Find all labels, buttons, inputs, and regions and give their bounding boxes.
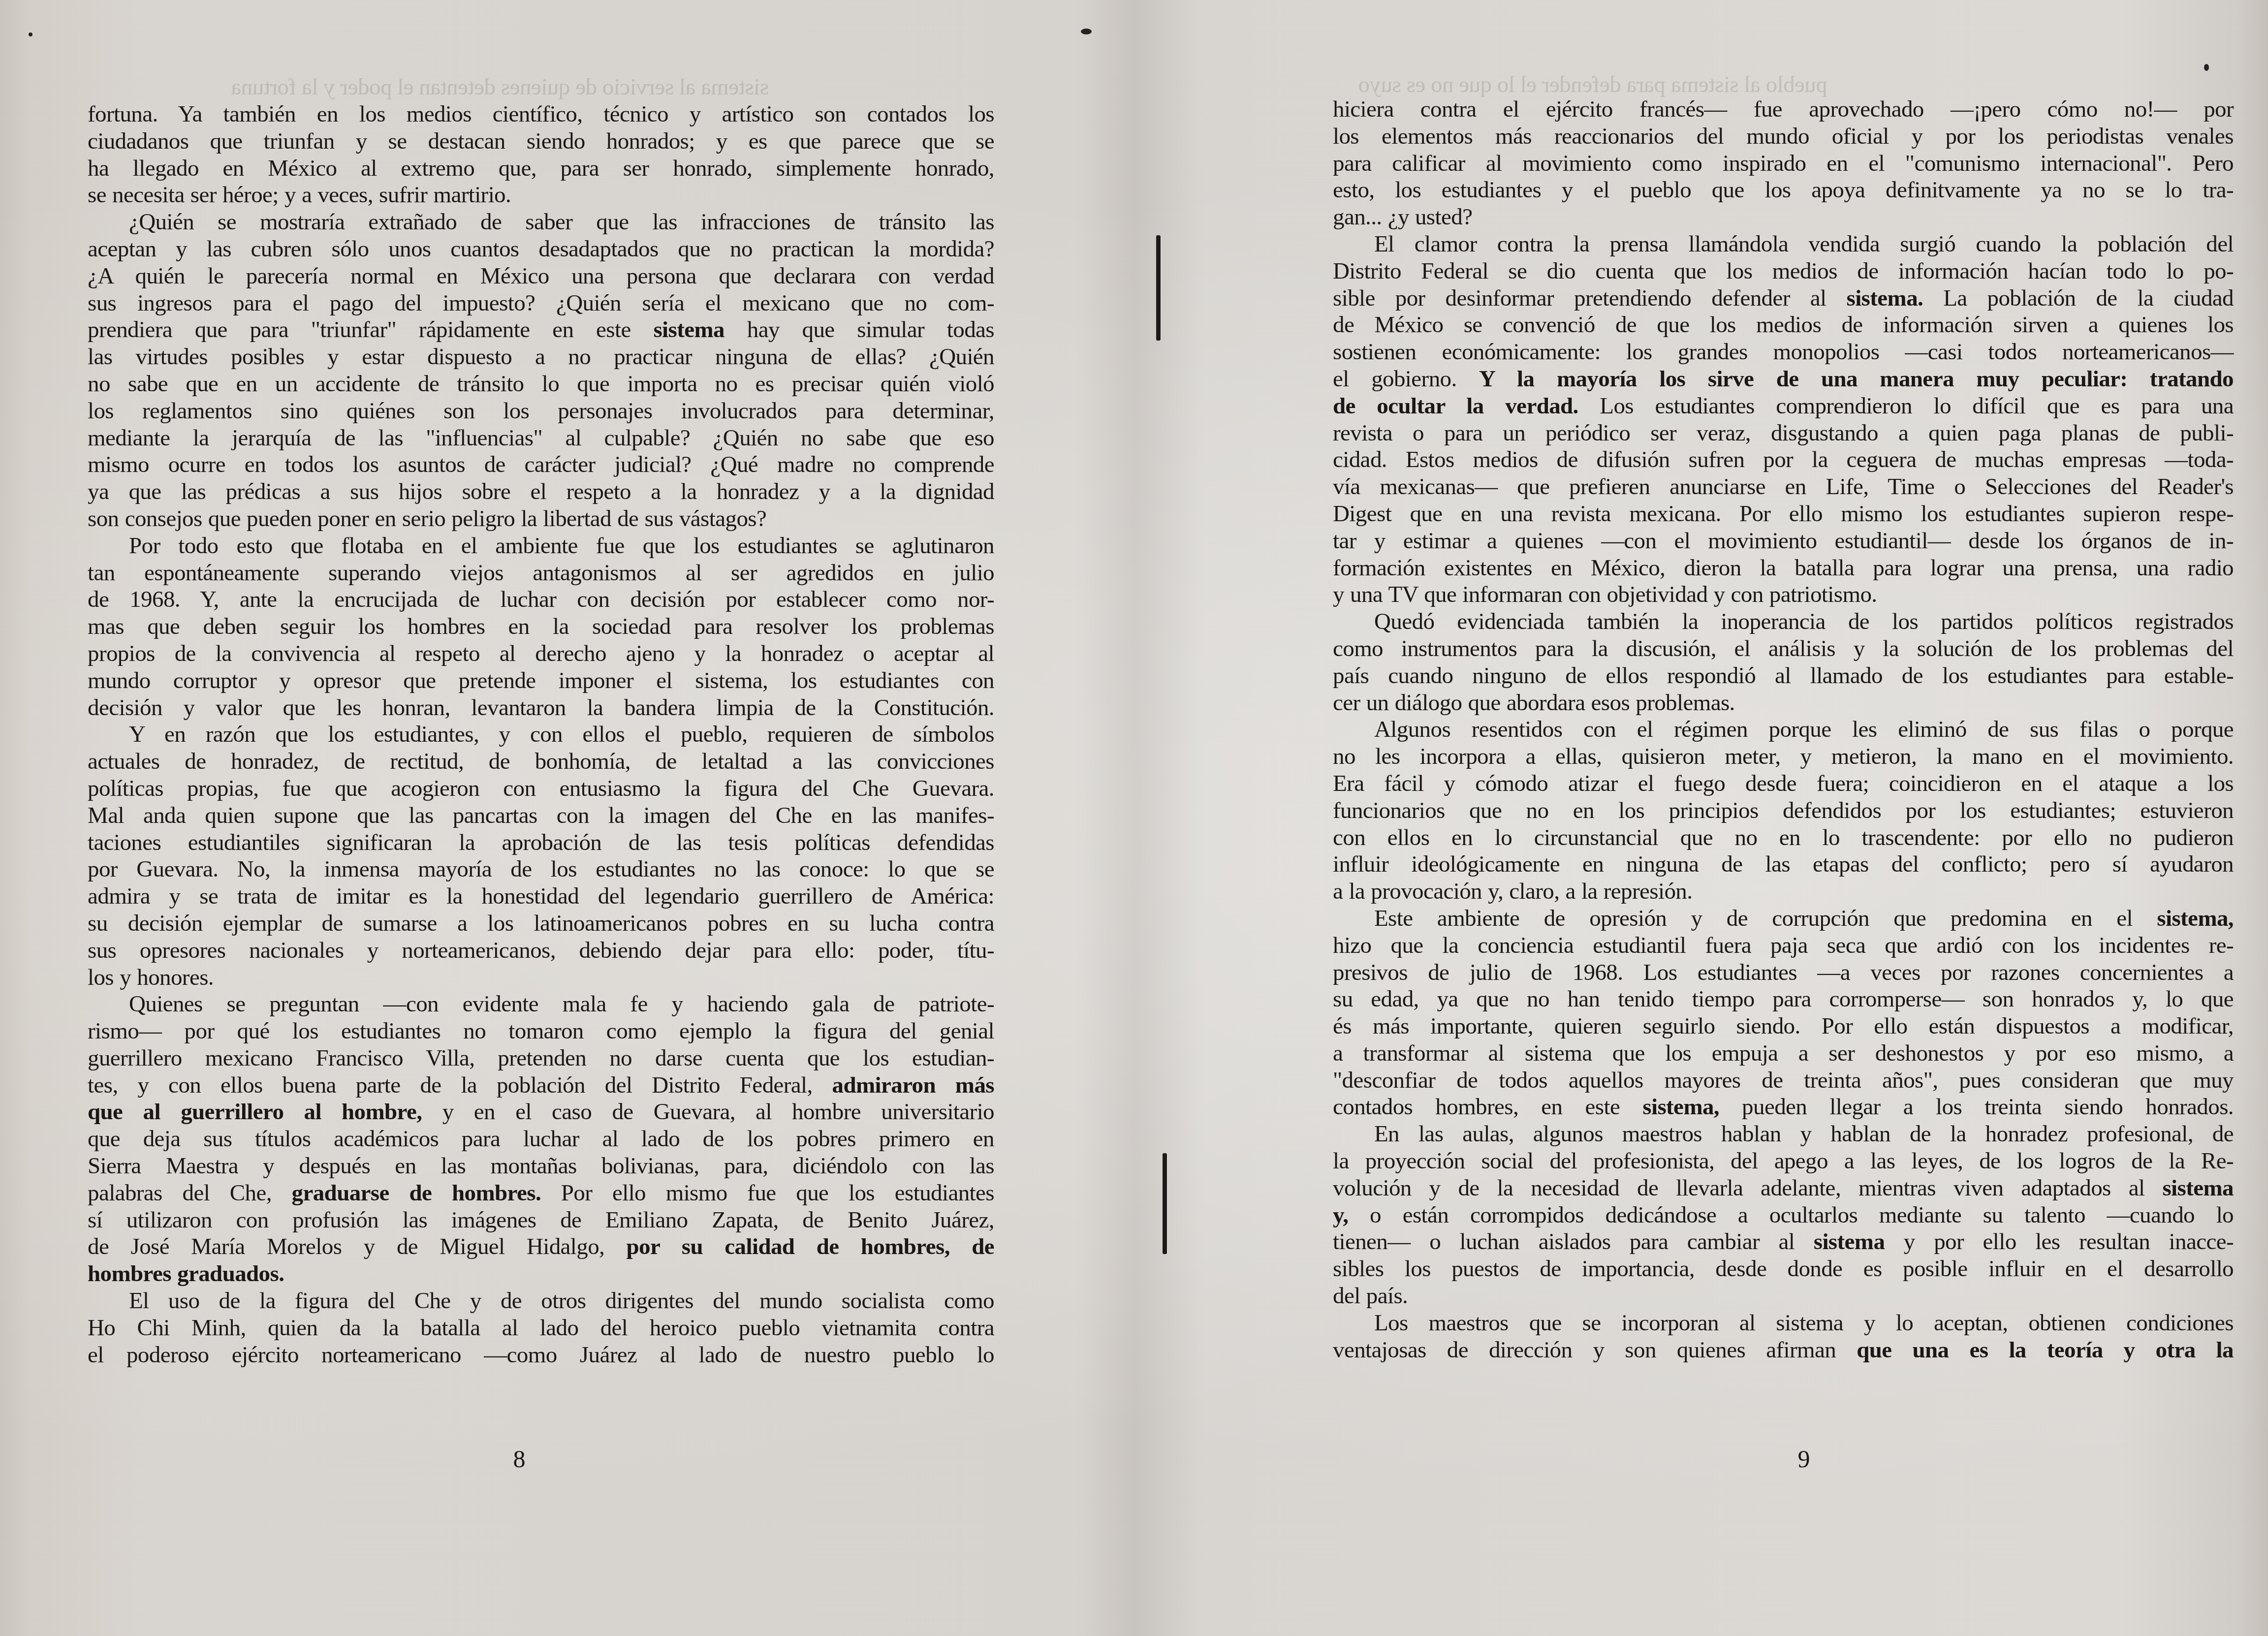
- bold-text: de ocultar la verdad.: [1333, 393, 1578, 419]
- text-line: hombres graduados.: [88, 1260, 994, 1288]
- staple-top: [1156, 235, 1161, 341]
- text-line: contados hombres, en este sistema, puede…: [1333, 1094, 2234, 1121]
- book-spread: sistema al servicio de quienes detentan …: [0, 0, 2268, 1636]
- body-text: Quienes se preguntan —con evidente mala …: [129, 991, 994, 1017]
- body-text: admira y se trata de imitar es la honest…: [88, 883, 994, 909]
- body-text: mismo ocurre en todos los asuntos de car…: [88, 452, 994, 477]
- text-line: ¿Quién se mostraría extrañado de saber q…: [88, 209, 994, 236]
- text-line: se necesita ser héroe; y a veces, sufrir…: [88, 182, 994, 209]
- body-text: o están corrompidos dedicándose a oculta…: [1348, 1202, 2234, 1228]
- body-text: sus ingresos para el pago del impuesto? …: [88, 290, 994, 316]
- bold-text: sistema,: [2157, 906, 2234, 931]
- body-text: tes, y con ellos buena parte de la pobla…: [88, 1072, 832, 1098]
- body-text: palabras del Che,: [88, 1180, 292, 1206]
- text-line: cidad. Estos medios de difusión sufren p…: [1333, 446, 2234, 473]
- bold-text: por su calidad de hombres, de: [627, 1234, 994, 1259]
- body-text: El uso de la figura del Che y de otros d…: [129, 1288, 994, 1314]
- body-text: el poderoso ejército norteamericano —com…: [88, 1342, 994, 1368]
- body-text: por Guevara. No, la inmensa mayoría de l…: [88, 856, 994, 882]
- text-line: país cuando ninguno de ellos respondió a…: [1333, 662, 2234, 690]
- text-line: aceptan y las cubren sólo unos cuantos d…: [88, 236, 994, 263]
- text-line: hiciera contra el ejército francés— fue …: [1333, 96, 2234, 123]
- body-text: funcionarios que no en los principios de…: [1333, 798, 2234, 823]
- right-page: hiciera contra el ejército francés— fue …: [1162, 0, 2268, 1636]
- body-text: no les incorpora a ellas, quisieron mete…: [1333, 744, 2234, 769]
- text-line: prendiera que para "triunfar" rápidament…: [88, 316, 994, 344]
- text-line: que deja sus títulos académicos para luc…: [88, 1126, 994, 1153]
- ink-speck: [29, 32, 32, 36]
- body-text: esto, los estudiantes y el pueblo que lo…: [1333, 177, 2234, 203]
- body-text: presivos de julio de 1968. Los estudiant…: [1333, 960, 2234, 985]
- text-line: Era fácil y cómodo atizar el fuego desde…: [1333, 770, 2234, 797]
- body-text: de México se convenció de que los medios…: [1333, 312, 2234, 338]
- body-text: Quedó evidenciada también la inoperancia…: [1374, 609, 2234, 634]
- body-text: Distrito Federal se dio cuenta que los m…: [1333, 258, 2234, 284]
- body-text: Sierra Maestra y después en las montañas…: [88, 1153, 994, 1179]
- text-line: ha llegado en México al extremo que, par…: [88, 155, 994, 182]
- body-text: taciones estudiantiles significaran la a…: [88, 830, 994, 855]
- body-text: a transformar al sistema que los empuja …: [1333, 1040, 2234, 1066]
- ink-speck: [1081, 29, 1092, 34]
- bold-text: hombres graduados.: [88, 1261, 284, 1287]
- text-line: actuales de honradez, de rectitud, de bo…: [88, 748, 994, 775]
- text-line: los y honores.: [88, 964, 994, 991]
- text-line: Por todo esto que flotaba en el ambiente…: [88, 533, 994, 560]
- text-line: del país.: [1333, 1283, 2234, 1310]
- text-line: Quedó evidenciada también la inoperancia…: [1333, 608, 2234, 635]
- body-text: cer un diálogo que abordara esos problem…: [1333, 690, 1735, 716]
- body-text: sibles los puestos de importancia, desde…: [1333, 1256, 2234, 1282]
- body-text: actuales de honradez, de rectitud, de bo…: [88, 749, 994, 774]
- text-line: con ellos en lo circunstancial que no en…: [1333, 824, 2234, 851]
- body-text: Digest que en una revista mexicana. Por …: [1333, 501, 2234, 527]
- text-line: no les incorpora a ellas, quisieron mete…: [1333, 743, 2234, 770]
- text-line: sibles los puestos de importancia, desde…: [1333, 1256, 2234, 1283]
- body-text: sible por desinformar pretendiendo defen…: [1333, 285, 1846, 311]
- bold-text: y,: [1333, 1202, 1348, 1228]
- right-page-text: hiciera contra el ejército francés— fue …: [1333, 96, 2234, 1363]
- body-text: és más importante, quieren seguirlo sien…: [1333, 1013, 2234, 1039]
- text-line: que al guerrillero al hombre, y en el ca…: [88, 1099, 994, 1126]
- body-text: ciudadanos que triunfan y se destacan si…: [88, 128, 994, 154]
- text-line: palabras del Che, graduarse de hombres. …: [88, 1180, 994, 1207]
- body-text: fortuna. Ya también en los medios cientí…: [88, 101, 994, 127]
- text-line: mismo ocurre en todos los asuntos de car…: [88, 451, 994, 478]
- text-line: sí utilizaron con profusión las imágenes…: [88, 1207, 994, 1234]
- body-text: influir ideológicamente en ninguna de la…: [1333, 851, 2234, 877]
- text-line: Algunos resentidos con el régimen porque…: [1333, 716, 2234, 743]
- text-line: políticas propias, fue que acogieron con…: [88, 775, 994, 802]
- text-line: de México se convenció de que los medios…: [1333, 312, 2234, 339]
- body-text: su edad, ya que no han tenido tiempo par…: [1333, 986, 2234, 1012]
- body-text: hizo que la conciencia estudiantil fuera…: [1333, 933, 2234, 958]
- text-line: mediante la jerarquía de las "influencia…: [88, 425, 994, 452]
- text-line: ciudadanos que triunfan y se destacan si…: [88, 128, 994, 155]
- body-text: prendiera que para "triunfar" rápidament…: [88, 317, 653, 343]
- bold-text: sistema.: [1846, 285, 1923, 311]
- body-text: Ho Chi Minh, quien da la batalla al lado…: [88, 1315, 994, 1341]
- body-text: Mal anda quien supone que las pancartas …: [88, 803, 994, 828]
- body-text: gan... ¿y usted?: [1333, 204, 1472, 230]
- text-line: guerrillero mexicano Francisco Villa, pr…: [88, 1045, 994, 1072]
- body-text: La población de la ciudad: [1923, 285, 2234, 311]
- text-line: funcionarios que no en los principios de…: [1333, 797, 2234, 824]
- body-text: El clamor contra la prensa llamándola ve…: [1374, 231, 2234, 257]
- body-text: ventajosas de dirección y son quienes af…: [1333, 1337, 1857, 1363]
- body-text: del país.: [1333, 1283, 1408, 1309]
- text-line: su edad, ya que no han tenido tiempo par…: [1333, 986, 2234, 1013]
- bold-text: sistema: [2162, 1175, 2234, 1201]
- text-line: tes, y con ellos buena parte de la pobla…: [88, 1072, 994, 1099]
- text-line: Digest que en una revista mexicana. Por …: [1333, 501, 2234, 528]
- left-page: fortuna. Ya también en los medios cientí…: [0, 0, 1107, 1636]
- body-text: cidad. Estos medios de difusión sufren p…: [1333, 447, 2234, 472]
- text-line: Este ambiente de opresión y de corrupció…: [1333, 905, 2234, 932]
- text-line: ¿A quién le parecería normal en México u…: [88, 263, 994, 290]
- staple-bottom: [1163, 1153, 1167, 1254]
- text-line: Los maestros que se incorporan al sistem…: [1333, 1310, 2234, 1337]
- text-line: Ho Chi Minh, quien da la batalla al lado…: [88, 1315, 994, 1342]
- body-text: "desconfiar de todos aquellos mayores de…: [1333, 1068, 2234, 1093]
- body-text: Los maestros que se incorporan al sistem…: [1374, 1310, 2234, 1336]
- text-line: Distrito Federal se dio cuenta que los m…: [1333, 258, 2234, 285]
- bold-text: sistema: [1814, 1229, 1885, 1255]
- body-text: Por todo esto que flotaba en el ambiente…: [129, 533, 994, 559]
- body-text: guerrillero mexicano Francisco Villa, pr…: [88, 1045, 994, 1071]
- body-text: tienen— o luchan aislados para cambiar a…: [1333, 1229, 1814, 1255]
- body-text: vía mexicanas— que prefieren anunciarse …: [1333, 474, 2234, 500]
- text-line: por Guevara. No, la inmensa mayoría de l…: [88, 856, 994, 883]
- body-text: son consejos que pueden poner en serio p…: [88, 506, 766, 532]
- text-line: Mal anda quien supone que las pancartas …: [88, 802, 994, 829]
- text-line: hizo que la conciencia estudiantil fuera…: [1333, 932, 2234, 959]
- page-number: 9: [1779, 1445, 1828, 1473]
- body-text: hay que simular todas: [724, 317, 994, 343]
- body-text: las virtudes posibles y estar dispuesto …: [88, 344, 994, 370]
- body-text: país cuando ninguno de ellos respondió a…: [1333, 663, 2234, 689]
- text-line: tan espontáneamente superando viejos ant…: [88, 560, 994, 587]
- body-text: propios de la convivencia al respeto al …: [88, 641, 994, 666]
- body-text: políticas propias, fue que acogieron con…: [88, 776, 994, 801]
- body-text: los y honores.: [88, 965, 214, 990]
- text-line: de José María Morelos y de Miguel Hidalg…: [88, 1233, 994, 1260]
- text-line: vía mexicanas— que prefieren anunciarse …: [1333, 473, 2234, 501]
- text-line: tienen— o luchan aislados para cambiar a…: [1333, 1228, 2234, 1256]
- body-text: rismo— por qué los estudiantes no tomaro…: [88, 1018, 994, 1044]
- text-line: la proyección social del profesionista, …: [1333, 1148, 2234, 1175]
- body-text: de 1968. Y, ante la encrucijada de lucha…: [88, 587, 994, 612]
- text-line: sus ingresos para el pago del impuesto? …: [88, 290, 994, 317]
- body-text: con ellos en lo circunstancial que no en…: [1333, 825, 2234, 850]
- text-line: tar y estimar a quienes —con el movimien…: [1333, 528, 2234, 555]
- page-number: 8: [495, 1445, 544, 1473]
- body-text: ¿Quién se mostraría extrañado de saber q…: [129, 209, 994, 235]
- body-text: y por ello les resultan inacce-: [1885, 1229, 2234, 1255]
- body-text: formación existentes en México, dieron l…: [1333, 555, 2234, 581]
- body-text: Este ambiente de opresión y de corrupció…: [1374, 906, 2157, 931]
- body-text: contados hombres, en este: [1333, 1094, 1642, 1120]
- body-text: el gobierno.: [1333, 366, 1479, 392]
- body-text: su decisión ejemplar de sumarse a los la…: [88, 911, 994, 936]
- text-line: propios de la convivencia al respeto al …: [88, 640, 994, 667]
- body-text: para calificar al movimiento como inspir…: [1333, 151, 2234, 176]
- bold-text: admiraron más: [832, 1072, 994, 1098]
- text-line: el poderoso ejército norteamericano —com…: [88, 1342, 994, 1369]
- text-line: El uso de la figura del Che y de otros d…: [88, 1288, 994, 1315]
- ink-speck: [2204, 64, 2209, 71]
- text-line: los elementos más reaccionarios del mund…: [1333, 123, 2234, 150]
- body-text: a la provocación y, claro, a la represió…: [1333, 879, 1692, 904]
- text-line: no sabe que en un accidente de tránsito …: [88, 371, 994, 398]
- text-line: las virtudes posibles y estar dispuesto …: [88, 344, 994, 371]
- body-text: mas que deben seguir los hombres en la s…: [88, 614, 994, 639]
- text-line: de ocultar la verdad. Los estudiantes co…: [1333, 393, 2234, 420]
- body-text: tar y estimar a quienes —con el movimien…: [1333, 528, 2234, 554]
- text-line: fortuna. Ya también en los medios cientí…: [88, 101, 994, 128]
- body-text: que deja sus títulos académicos para luc…: [88, 1126, 994, 1152]
- body-text: se necesita ser héroe; y a veces, sufrir…: [88, 182, 511, 208]
- text-line: Quienes se preguntan —con evidente mala …: [88, 991, 994, 1018]
- text-line: y, o están corrompidos dedicándose a ocu…: [1333, 1202, 2234, 1229]
- text-line: formación existentes en México, dieron l…: [1333, 555, 2234, 582]
- text-line: ya que las prédicas a sus hijos sobre el…: [88, 478, 994, 505]
- text-line: a la provocación y, claro, a la represió…: [1333, 878, 2234, 905]
- body-text: Era fácil y cómodo atizar el fuego desde…: [1333, 771, 2234, 796]
- body-text: hiciera contra el ejército francés— fue …: [1333, 96, 2234, 122]
- text-line: mas que deben seguir los hombres en la s…: [88, 613, 994, 640]
- text-line: como instrumentos para la discusión, el …: [1333, 635, 2234, 662]
- body-text: la proyección social del profesionista, …: [1333, 1148, 2234, 1174]
- body-text: tan espontáneamente superando viejos ant…: [88, 560, 994, 586]
- body-text: no sabe que en un accidente de tránsito …: [88, 371, 994, 397]
- bold-text: sistema,: [1642, 1094, 1719, 1120]
- bold-text: Y la mayoría los sirve de una manera muy…: [1479, 366, 2234, 392]
- text-line: Y en razón que los estudiantes, y con el…: [88, 721, 994, 748]
- text-line: Sierra Maestra y después en las montañas…: [88, 1153, 994, 1180]
- body-text: En las aulas, algunos maestros hablan y …: [1374, 1121, 2234, 1147]
- text-line: sostienen económicamente: los grandes mo…: [1333, 339, 2234, 366]
- body-text: decisión y valor que les honran, levanta…: [88, 695, 994, 721]
- text-line: el gobierno. Y la mayoría los sirve de u…: [1333, 366, 2234, 393]
- body-text: los reglamentos sino quiénes son los per…: [88, 398, 994, 424]
- body-text: Los estudiantes comprendieron lo difícil…: [1578, 393, 2234, 419]
- text-line: su decisión ejemplar de sumarse a los la…: [88, 910, 994, 937]
- text-line: El clamor contra la prensa llamándola ve…: [1333, 231, 2234, 258]
- text-line: mundo corruptor y opresor que pretende i…: [88, 667, 994, 694]
- text-line: decisión y valor que les honran, levanta…: [88, 694, 994, 722]
- text-line: y una TV que informaran con objetividad …: [1333, 581, 2234, 608]
- body-text: y una TV que informaran con objetividad …: [1333, 582, 1877, 607]
- body-text: aceptan y las cubren sólo unos cuantos d…: [88, 236, 994, 262]
- body-text: mediante la jerarquía de las "influencia…: [88, 425, 994, 451]
- body-text: Y en razón que los estudiantes, y con el…: [129, 722, 994, 747]
- bold-text: graduarse de hombres.: [292, 1180, 541, 1206]
- text-line: influir ideológicamente en ninguna de la…: [1333, 851, 2234, 878]
- body-text: mundo corruptor y opresor que pretende i…: [88, 668, 994, 693]
- text-line: son consejos que pueden poner en serio p…: [88, 505, 994, 533]
- body-text: volución y de la necesidad de llevarla a…: [1333, 1175, 2162, 1201]
- body-text: pueden llegar a los treinta siendo honra…: [1719, 1094, 2234, 1120]
- text-line: cer un diálogo que abordara esos problem…: [1333, 690, 2234, 717]
- text-line: rismo— por qué los estudiantes no tomaro…: [88, 1018, 994, 1045]
- body-text: como instrumentos para la discusión, el …: [1333, 636, 2234, 661]
- text-line: taciones estudiantiles significaran la a…: [88, 829, 994, 856]
- body-text: sus opresores nacionales y norteamerican…: [88, 938, 994, 963]
- text-line: sible por desinformar pretendiendo defen…: [1333, 285, 2234, 312]
- body-text: ha llegado en México al extremo que, par…: [88, 156, 994, 181]
- text-line: esto, los estudiantes y el pueblo que lo…: [1333, 177, 2234, 204]
- body-text: ¿A quién le parecería normal en México u…: [88, 263, 994, 289]
- text-line: los reglamentos sino quiénes son los per…: [88, 398, 994, 425]
- text-line: presivos de julio de 1968. Los estudiant…: [1333, 959, 2234, 986]
- text-line: volución y de la necesidad de llevarla a…: [1333, 1175, 2234, 1202]
- body-text: sí utilizaron con profusión las imágenes…: [88, 1207, 994, 1233]
- body-text: revista o para un periódico ser veraz, d…: [1333, 420, 2234, 446]
- body-text: Algunos resentidos con el régimen porque…: [1374, 717, 2234, 742]
- bold-text: que al guerrillero al hombre,: [88, 1099, 422, 1125]
- text-line: admira y se trata de imitar es la honest…: [88, 883, 994, 910]
- left-page-text: fortuna. Ya también en los medios cientí…: [88, 101, 994, 1368]
- body-text: los elementos más reaccionarios del mund…: [1333, 124, 2234, 149]
- body-text: de José María Morelos y de Miguel Hidalg…: [88, 1234, 627, 1259]
- text-line: sus opresores nacionales y norteamerican…: [88, 937, 994, 964]
- body-text: y en el caso de Guevara, al hombre unive…: [422, 1099, 994, 1125]
- body-text: Por ello mismo fue que los estudiantes: [541, 1180, 994, 1206]
- body-text: sostienen económicamente: los grandes mo…: [1333, 339, 2234, 365]
- bold-text: que una es la teoría y otra la: [1857, 1337, 2234, 1363]
- text-line: gan... ¿y usted?: [1333, 204, 2234, 231]
- text-line: ventajosas de dirección y son quienes af…: [1333, 1337, 2234, 1364]
- body-text: ya que las prédicas a sus hijos sobre el…: [88, 479, 994, 504]
- text-line: para calificar al movimiento como inspir…: [1333, 150, 2234, 177]
- text-line: de 1968. Y, ante la encrucijada de lucha…: [88, 586, 994, 613]
- bold-text: sistema: [653, 317, 724, 343]
- text-line: a transformar al sistema que los empuja …: [1333, 1040, 2234, 1067]
- text-line: revista o para un periódico ser veraz, d…: [1333, 420, 2234, 447]
- text-line: és más importante, quieren seguirlo sien…: [1333, 1013, 2234, 1040]
- text-line: En las aulas, algunos maestros hablan y …: [1333, 1121, 2234, 1148]
- text-line: "desconfiar de todos aquellos mayores de…: [1333, 1067, 2234, 1094]
